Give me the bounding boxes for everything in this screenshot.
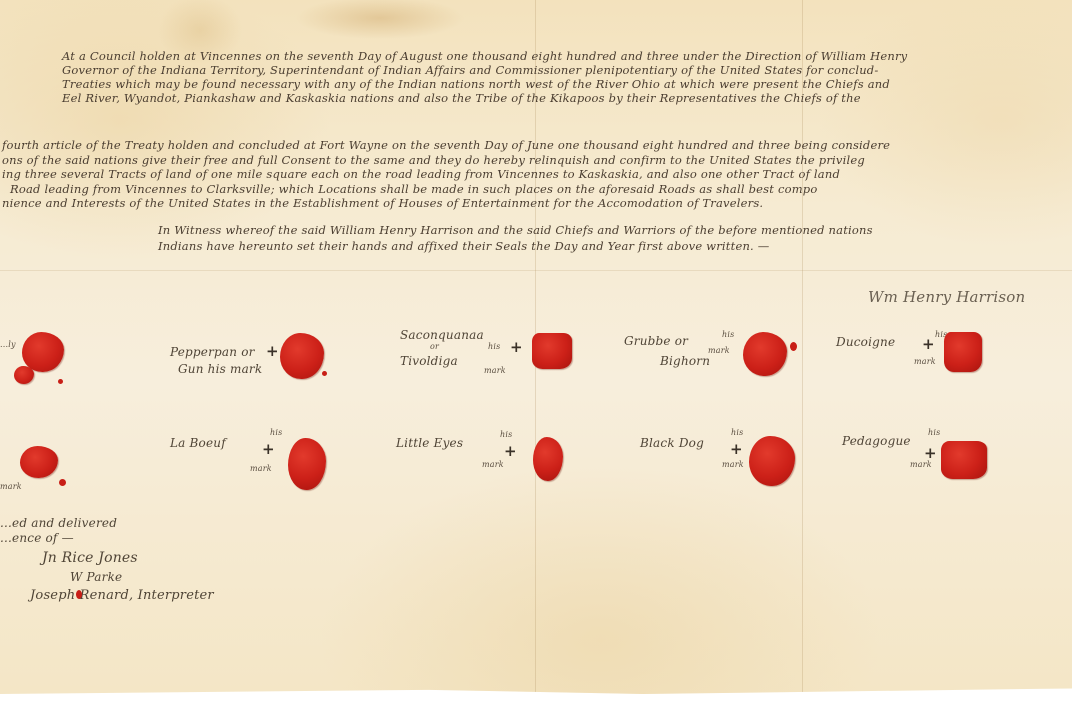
wax-seal	[941, 441, 987, 479]
signatory-cross-mark: +	[266, 342, 279, 360]
wax-seal	[749, 436, 795, 486]
signatory-mark-label: mark	[484, 366, 506, 375]
wax-drip	[76, 590, 82, 599]
signatory-mark-label: mark	[482, 460, 504, 469]
signatory-mark-label: mark	[722, 460, 744, 469]
fold-line	[0, 270, 1072, 271]
witness-signature: Jn Rice Jones	[42, 550, 138, 566]
signatory-cross-mark: +	[262, 440, 275, 458]
signatory-mark-label: mark	[708, 346, 730, 355]
parchment-document: At a Council holden at Vincennes on the …	[0, 0, 1072, 694]
signatory-name: Black Dog	[640, 436, 704, 450]
signatory-mark-label: mark	[914, 357, 936, 366]
preamble-line: At a Council holden at Vincennes on the …	[62, 50, 907, 64]
signatory-name: Grubbe or	[624, 334, 688, 348]
signatory-his: his	[270, 428, 282, 437]
signatory-mark-label: mark	[0, 482, 22, 491]
witness-line: In Witness whereof the said William Henr…	[158, 224, 873, 238]
wax-seal	[743, 332, 787, 376]
wax-seal	[533, 437, 563, 481]
signatory-his: his	[488, 342, 500, 351]
signatory-name: Little Eyes	[396, 436, 463, 450]
wax-seal	[288, 438, 326, 490]
signatory-his: his	[731, 428, 743, 437]
wax-drip	[322, 371, 327, 376]
preamble-line: Eel River, Wyandot, Piankashaw and Kaska…	[62, 92, 861, 106]
article-line: nience and Interests of the United State…	[2, 197, 763, 211]
article-line: ons of the said nations give their free …	[2, 154, 865, 168]
article-line: Road leading from Vincennes to Clarksvil…	[10, 183, 818, 197]
signatory-his: his	[928, 428, 940, 437]
article-line: fourth article of the Treaty holden and …	[2, 139, 890, 153]
wax-drip	[790, 342, 797, 351]
signatory-name: Ducoigne	[836, 335, 895, 349]
preamble-line: Treaties which may be found necessary wi…	[62, 78, 890, 92]
signatory-mark-label: mark	[910, 460, 932, 469]
wax-seal	[20, 446, 58, 478]
signatory-his: his	[722, 330, 734, 339]
signatory-name: Gun his mark	[178, 362, 262, 376]
signatory-or: or	[430, 342, 439, 351]
witness-signature: Joseph Renard, Interpreter	[30, 588, 214, 603]
wax-seal-fragment	[14, 366, 34, 384]
signatory-name: La Boeuf	[170, 436, 226, 450]
article-line: ing three several Tracts of land of one …	[2, 168, 840, 182]
wax-seal	[944, 332, 982, 372]
attestation-line: ...ed and delivered	[0, 516, 117, 530]
wax-drip	[58, 379, 63, 384]
attestation-line: ...ence of —	[0, 531, 74, 545]
signatory-cross-mark: +	[922, 335, 935, 353]
signatory-mark-text: ...ly	[0, 340, 16, 349]
wax-seal	[532, 333, 572, 369]
signatory-name: Saconquanaa	[400, 328, 484, 342]
signatory-mark-label: mark	[250, 464, 272, 473]
signatory-cross-mark: +	[730, 440, 743, 458]
witness-line: Indians have hereunto set their hands an…	[158, 240, 769, 254]
wax-seal	[280, 333, 324, 379]
preamble-line: Governor of the Indiana Territory, Super…	[62, 64, 878, 78]
signatory-name: Pepperpan or	[170, 345, 255, 359]
signatory-name: Tivoldiga	[400, 354, 458, 368]
signatory-cross-mark: +	[504, 442, 517, 460]
signatory-cross-mark: +	[510, 338, 523, 356]
signatory-name: Bighorn	[660, 354, 710, 368]
signatory-his: his	[500, 430, 512, 439]
witness-signature: W Parke	[70, 570, 122, 584]
wax-drip	[59, 479, 66, 486]
governor-signature: Wm Henry Harrison	[868, 288, 1025, 306]
signatory-name: Pedagogue	[842, 434, 911, 448]
